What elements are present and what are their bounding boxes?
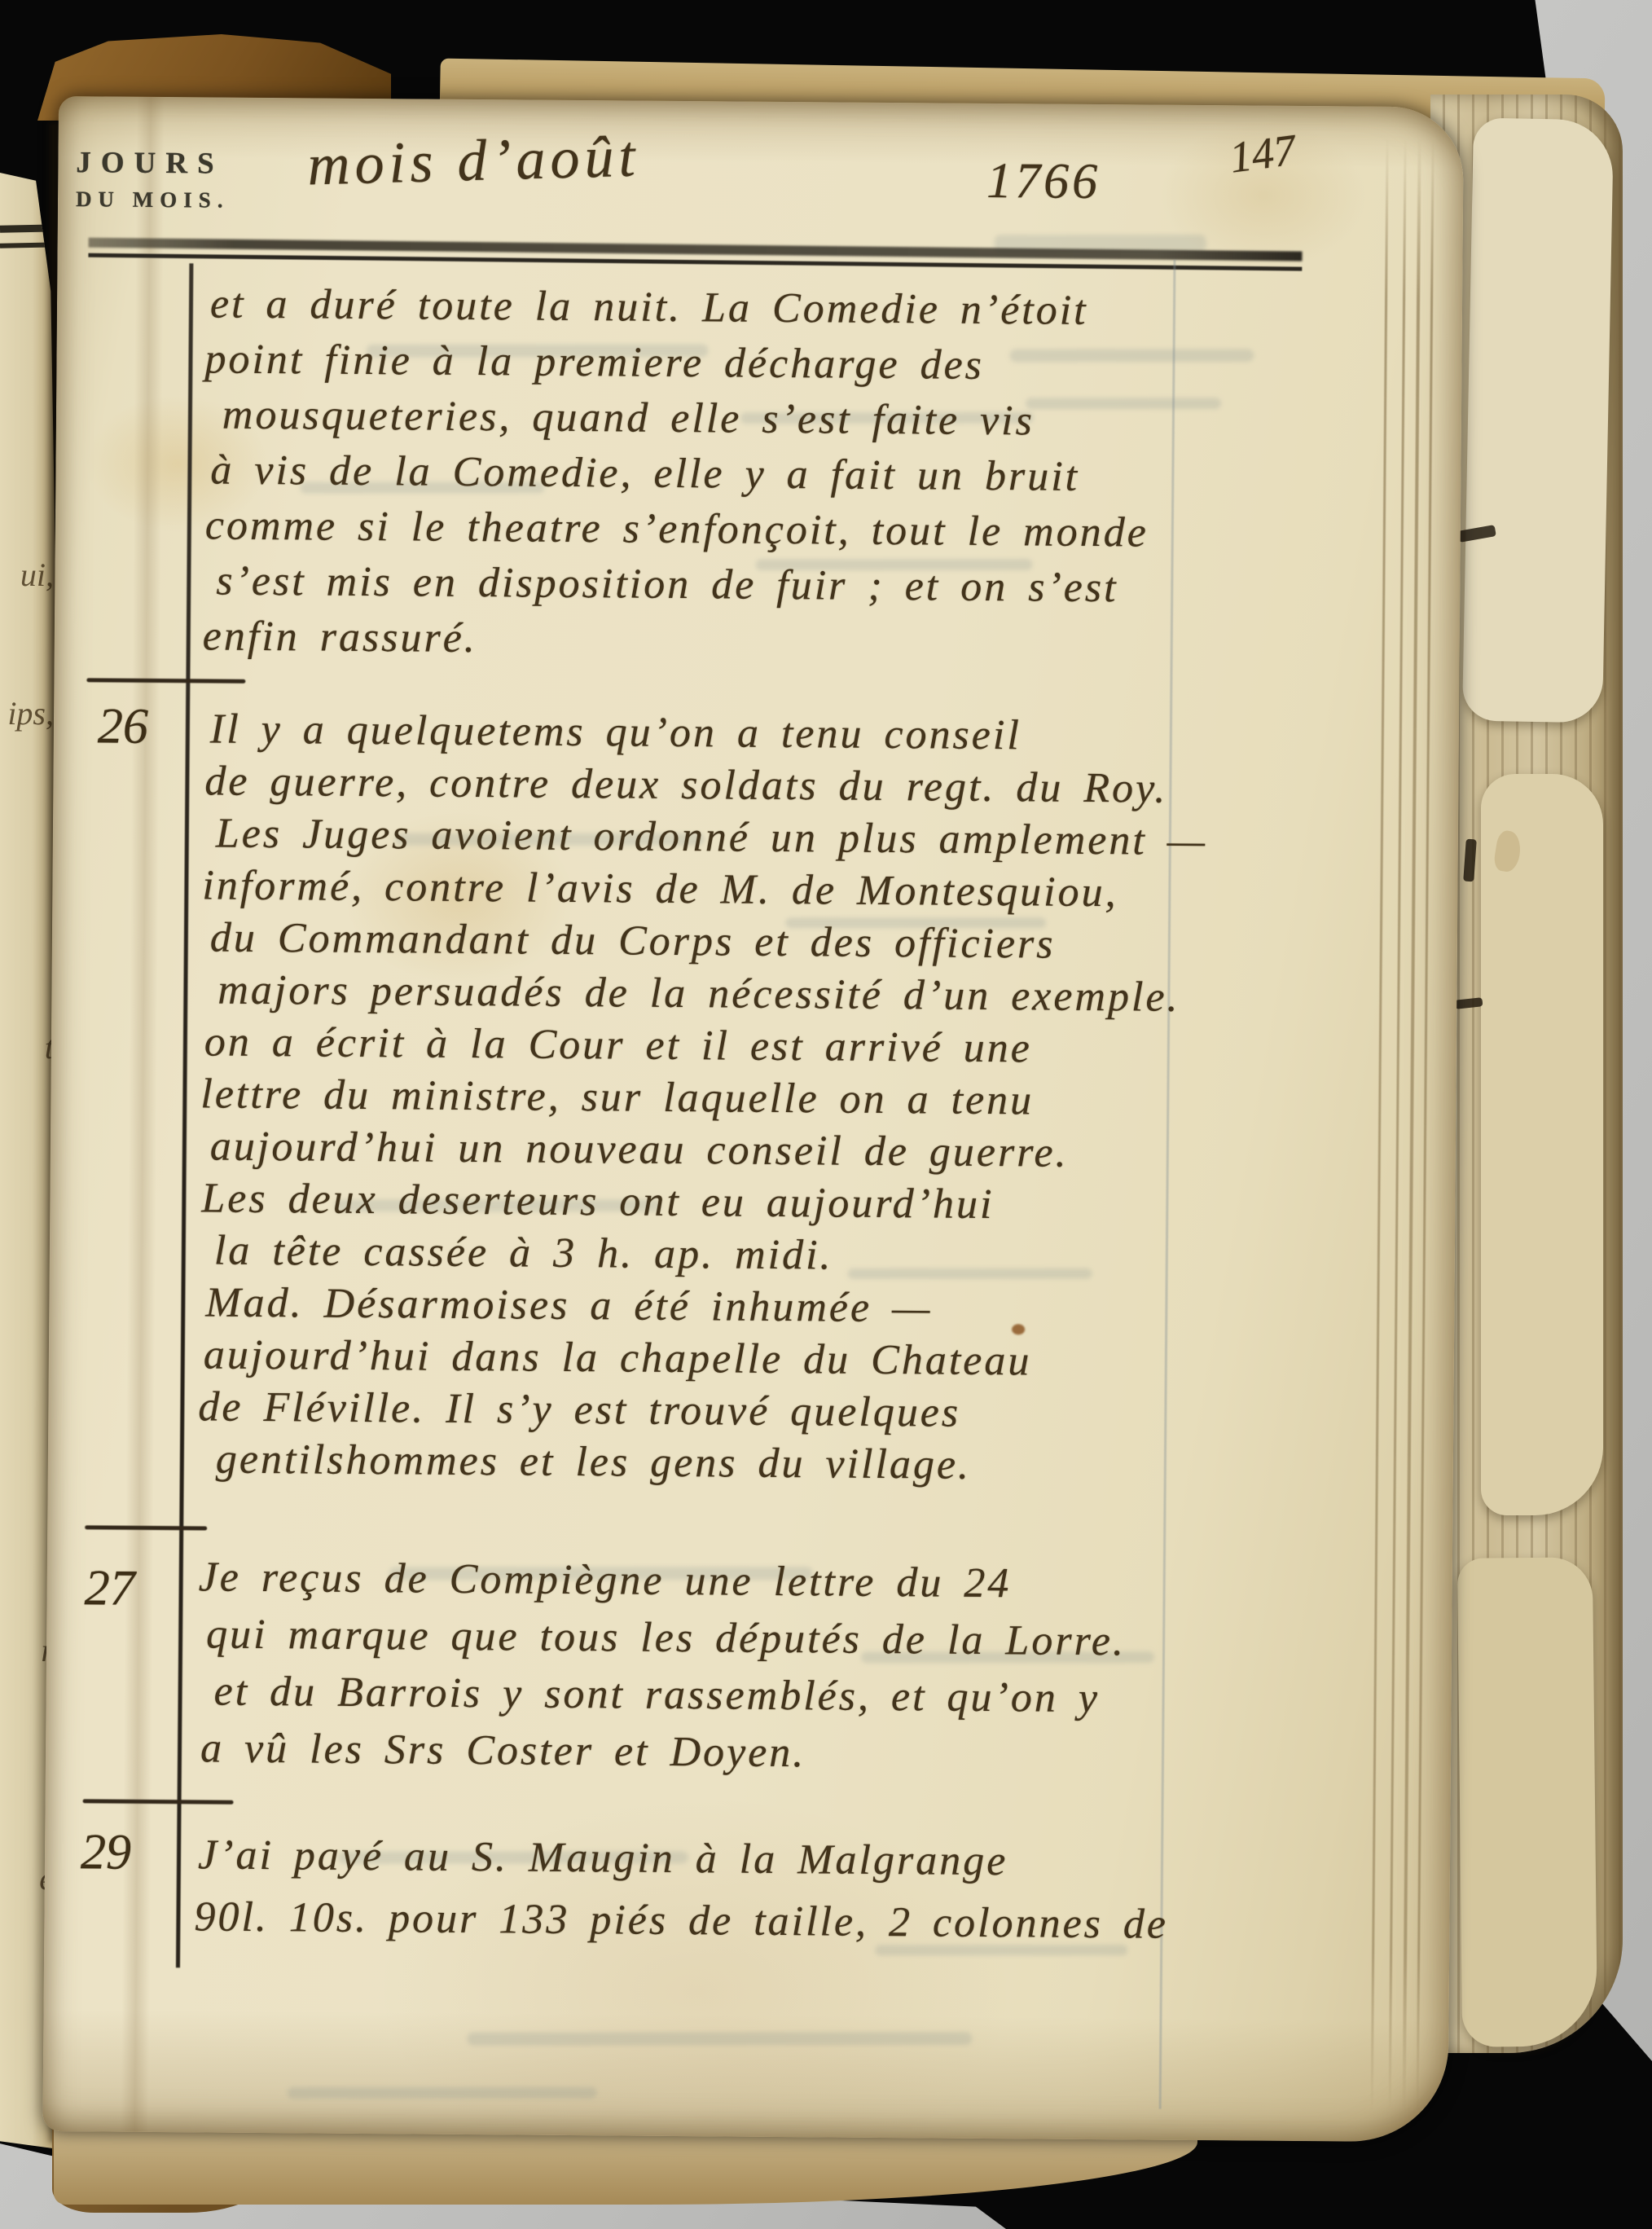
printed-label-du-mois: DU MOIS. <box>76 187 230 213</box>
printed-label-jours: JOURS <box>76 145 230 181</box>
bleedthrough-mark <box>467 2032 972 2046</box>
manuscript-line: la tête cassée à 3 h. ap. midi. <box>214 1225 1205 1286</box>
day-number: 26 <box>98 697 149 755</box>
journal-entry: et a duré toute la nuit. La Comedie n’ét… <box>203 276 1151 671</box>
printed-column-header: JOURS DU MOIS. <box>76 145 230 213</box>
torn-page-edge <box>1462 117 1614 723</box>
manuscript-line: qui marque que tous les députés de la Lo… <box>206 1606 1126 1670</box>
manuscript-line: et du Barrois y sont rassemblés, et qu’o… <box>213 1664 1125 1728</box>
manuscript-line: Je reçus de Compiègne une lettre du 24 <box>198 1549 1126 1613</box>
journal-entry: Il y a quelquetems qu’on a tenu conseild… <box>198 703 1209 1493</box>
torn-page-edge <box>1481 774 1603 1515</box>
manuscript-line: Mad. Désarmoises a été inhumée — <box>205 1277 1204 1337</box>
day-number: 29 <box>81 1823 132 1881</box>
month-title: mois d’août <box>306 123 640 200</box>
manuscript-line: Les deux deserteurs ont eu aujourd’hui <box>201 1172 1205 1233</box>
day-column-rule <box>176 263 193 1967</box>
manuscript-line: a vû les Srs Coster et Doyen. <box>200 1720 1125 1784</box>
entry-separator <box>85 1525 207 1530</box>
manuscript-line: 90l. 10s. pour 133 piés de taille, 2 col… <box>194 1886 1168 1955</box>
journal-entry: J’ai payé au S. Maugin à la Malgrange90l… <box>194 1824 1169 1955</box>
page-curl-line <box>1417 139 1435 2111</box>
manuscript-line: point finie à la premiere décharge des <box>204 332 1149 394</box>
manuscript-line: Il y a quelquetems qu’on a tenu conseil <box>210 703 1209 763</box>
manuscript-line: et a duré toute la nuit. La Comedie n’ét… <box>210 276 1150 339</box>
manuscript-line: aujourd’hui un nouveau conseil de guerre… <box>210 1121 1206 1181</box>
journal-entry: Je reçus de Compiègne une lettre du 24qu… <box>197 1549 1127 1784</box>
manuscript-line: à vis de la Comedie, elle y a fait un br… <box>210 442 1149 505</box>
bleedthrough-mark <box>288 2087 597 2099</box>
page-curl-line <box>1389 139 1407 2111</box>
manuscript-line: s’est mis en disposition de fuir ; et on… <box>216 554 1148 617</box>
manuscript-line: informé, contre l’avis de M. de Montesqu… <box>202 860 1207 920</box>
manuscript-line: on a écrit à la Cour et il est arrivé un… <box>204 1016 1206 1076</box>
entry-separator <box>86 678 245 684</box>
manuscript-line: majors persuadés de la nécessité d’un ex… <box>217 965 1206 1025</box>
manuscript-line: aujourd’hui dans la chapelle du Chateau <box>204 1329 1204 1389</box>
page-curl-line <box>1371 139 1389 2111</box>
manuscript-line: mousqueteries, quand elle s’est faite vi… <box>222 388 1149 451</box>
manuscript-line: J’ai payé au S. Maugin à la Malgrange <box>198 1824 1169 1893</box>
book-scan: ui,ips,tre JOURS DU MOIS. mois d’août 17… <box>0 0 1652 2229</box>
page-number: 147 <box>1227 125 1298 183</box>
manuscript-line: du Commandant du Corps et des officiers <box>210 912 1207 972</box>
manuscript-page: JOURS DU MOIS. mois d’août 1766 147 et a… <box>42 96 1464 2142</box>
manuscript-line: Les Juges avoient ordonné un plus amplem… <box>216 808 1208 868</box>
manuscript-line: comme si le theatre s’enfonçoit, tout le… <box>205 498 1149 561</box>
manuscript-line: lettre du ministre, sur laquelle on a te… <box>200 1068 1206 1128</box>
manuscript-line: de Fléville. Il s’y est trouvé quelques <box>198 1381 1203 1441</box>
manuscript-line: gentilshommes et les gens du village. <box>216 1434 1203 1494</box>
day-number: 27 <box>84 1559 135 1617</box>
manuscript-line: de guerre, contre deux soldats du regt. … <box>204 755 1208 816</box>
manuscript-line: enfin rassuré. <box>203 609 1148 671</box>
year: 1766 <box>986 152 1101 211</box>
entry-separator <box>83 1799 234 1804</box>
torn-page-edge <box>1457 1557 1597 2047</box>
